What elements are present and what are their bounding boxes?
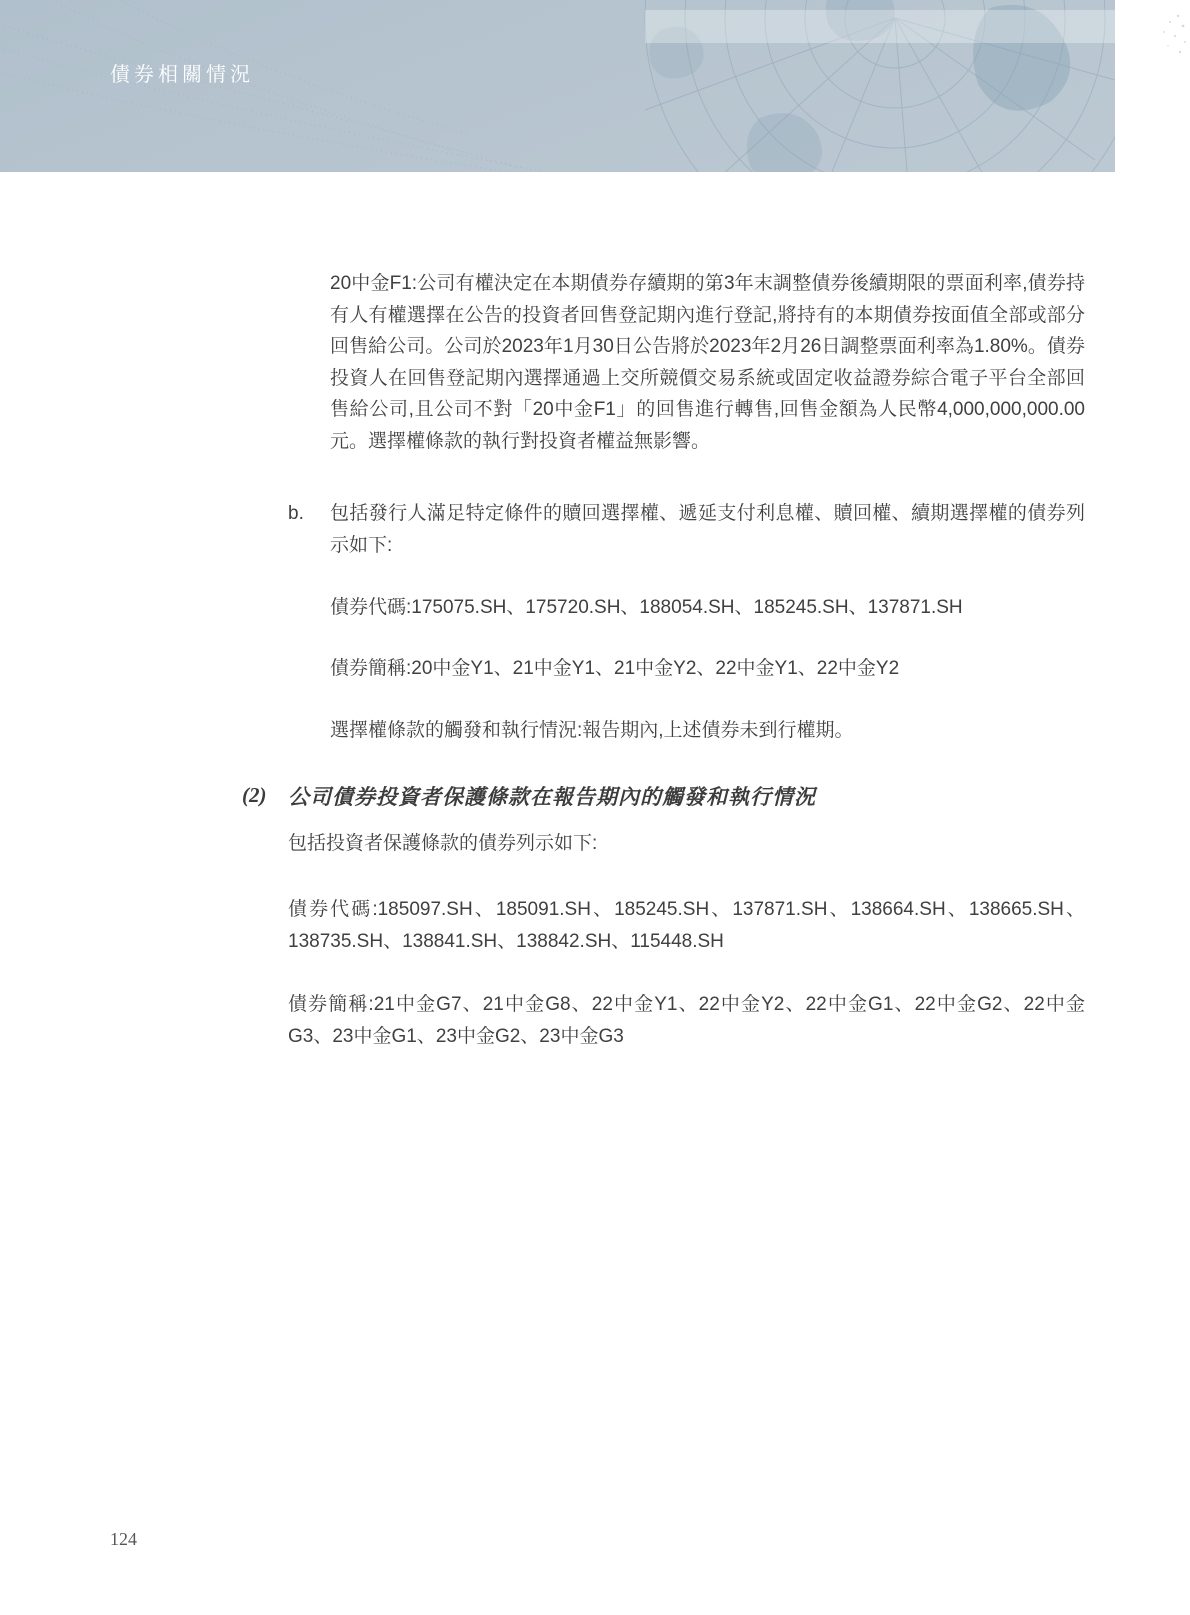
section-2-marker: (2) bbox=[242, 783, 267, 808]
section-2-intro: 包括投資者保護條款的債券列示如下: bbox=[288, 828, 597, 860]
item-b-marker: b. bbox=[288, 498, 328, 530]
corner-speckle-decoration bbox=[1120, 8, 1190, 68]
page-number: 124 bbox=[110, 1529, 137, 1550]
bond-codes-line-b: 債券代碼:175075.SH、175720.SH、188054.SH、18524… bbox=[330, 592, 963, 624]
page-banner: 債券相關情況 bbox=[0, 0, 1115, 172]
section-2-bond-names: 債券簡稱:21中金G7、21中金G8、22中金Y1、22中金Y2、22中金G1、… bbox=[288, 989, 1085, 1052]
item-b-text: 包括發行人滿足特定條件的贖回選擇權、遞延支付利息權、贖回權、續期選擇權的債券列示… bbox=[330, 498, 1085, 561]
section-2-heading: 公司債券投資者保護條款在報告期內的觸發和執行情況 bbox=[288, 781, 816, 811]
paragraph-20cicc-f1: 20中金F1:公司有權決定在本期債券存續期的第3年末調整債券後續期限的票面利率,… bbox=[330, 268, 1085, 457]
section-2-bond-codes: 債券代碼:185097.SH、185091.SH、185245.SH、13787… bbox=[288, 894, 1085, 957]
bond-names-line-b: 債券簡稱:20中金Y1、21中金Y1、21中金Y2、22中金Y1、22中金Y2 bbox=[330, 653, 899, 685]
page-title: 債券相關情況 bbox=[110, 58, 254, 87]
option-status-line-b: 選擇權條款的觸發和執行情況:報告期內,上述債券未到行權期。 bbox=[330, 715, 854, 747]
banner-highlight-band bbox=[645, 10, 1115, 43]
